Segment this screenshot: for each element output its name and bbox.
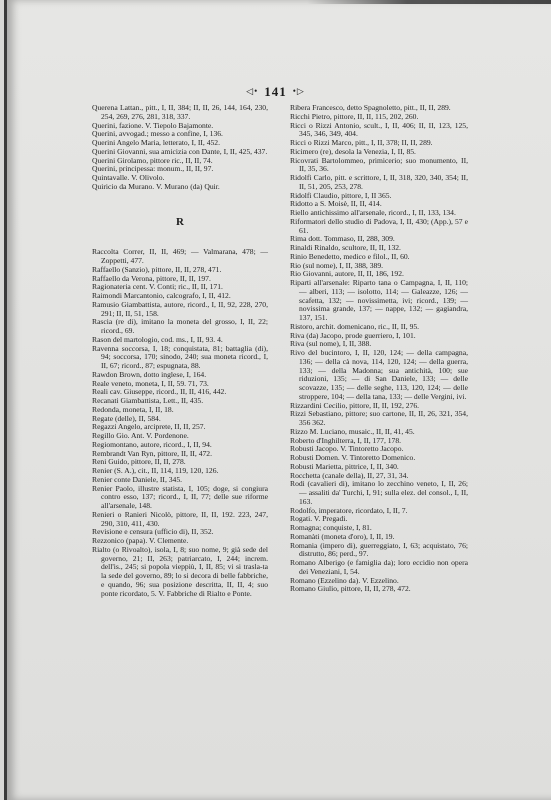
index-entry: Ricci o Rizzi Antonio, scult., I, II, 40… <box>290 122 468 140</box>
index-entry: Ramusio Giambattista, autore, ricord., I… <box>92 301 268 319</box>
index-entry: Rascia (re di), imitano la moneta del gr… <box>92 318 268 336</box>
index-entry: Riformatori dello studio di Padova, I, I… <box>290 218 468 236</box>
index-column-right: Ribera Francesco, detto Spagnoletto, pit… <box>290 104 468 594</box>
index-entry: Romania (impero di), guerreggiato, I, 63… <box>290 542 468 560</box>
index-entry: Renieri o Ranieri Nicolò, pittore, II, I… <box>92 511 268 529</box>
index-entry: Romano Giulio, pittore, II, II, 278, 472… <box>290 585 468 594</box>
index-entry: Ridolfi Carlo, pitt. e scrittore, I, II,… <box>290 174 468 192</box>
ornament-left-icon: ◁• <box>246 86 258 96</box>
index-entry: Romano Alberigo (e famiglia da); loro ec… <box>290 559 468 577</box>
index-entry: Rizzi Sebastiano, pittore; suo cartone, … <box>290 410 468 428</box>
index-entry: Rialto (o Rivoalto), isola, I, 8; suo no… <box>92 546 268 599</box>
index-entry: Rivo del bucintoro, I, II, 120, 124; — d… <box>290 349 468 402</box>
page-number-value: 141 <box>264 84 287 99</box>
ornament-right-icon: •▷ <box>293 86 305 96</box>
book-page <box>4 0 551 800</box>
index-entry: Ricovrati Bartolommeo, primicerio; suo m… <box>290 157 468 175</box>
index-entry: Quiricio da Murano. V. Murano (da) Quir. <box>92 183 268 192</box>
index-entry: Ravenna soccorsa, I, 18; conquistata, 81… <box>92 345 268 371</box>
index-entry: Renier Paolo, illustre statista, I, 105;… <box>92 485 268 511</box>
index-entry: Rodi (cavalieri di), imitano lo zecchino… <box>290 480 468 506</box>
index-entry: Raccolta Correr, II, II, 469; — Valmaran… <box>92 248 268 266</box>
index-column-left: Querena Lattan., pitt., I, II, 384; II, … <box>92 104 268 598</box>
section-heading-r: R <box>92 218 268 227</box>
page-number: ◁•141•▷ <box>0 84 551 100</box>
index-entry: Querena Lattan., pitt., I, II, 384; II, … <box>92 104 268 122</box>
page-edge-shadow <box>307 0 551 4</box>
index-entry: Riparti all'arsenale: Riparto tana o Cam… <box>290 279 468 323</box>
